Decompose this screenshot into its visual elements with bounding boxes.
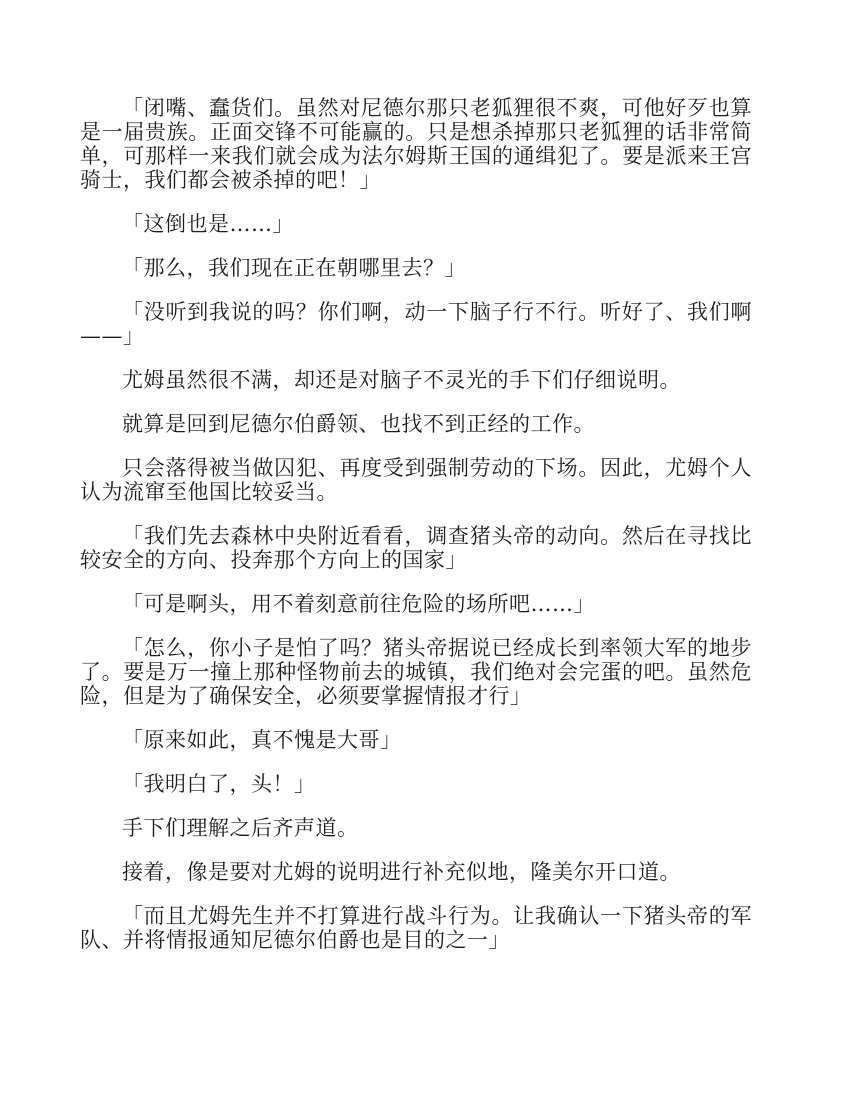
paragraph: 「原来如此，真不愧是大哥」 <box>80 728 752 752</box>
paragraph: 「没听到我说的吗？你们啊，动一下脑子行不行。听好了、我们啊——」 <box>80 300 752 348</box>
paragraph: 尤姆虽然很不满，却还是对脑子不灵光的手下们仔细说明。 <box>80 368 752 392</box>
paragraph: 只会落得被当做囚犯、再度受到强制劳动的下场。因此，尤姆个人认为流窜至他国比较妥当… <box>80 456 752 504</box>
document-page: 「闭嘴、蠢货们。虽然对尼德尔那只老狐狸很不爽，可他好歹也算是一届贵族。正面交锋不… <box>0 0 850 1100</box>
paragraph: 就算是回到尼德尔伯爵领、也找不到正经的工作。 <box>80 412 752 436</box>
paragraph: 「可是啊头，用不着刻意前往危险的场所吧……」 <box>80 592 752 616</box>
paragraph: 「而且尤姆先生并不打算进行战斗行为。让我确认一下猪头帝的军队、并将情报通知尼德尔… <box>80 904 752 952</box>
paragraph: 「怎么，你小子是怕了吗？猪头帝据说已经成长到率领大军的地步了。要是万一撞上那种怪… <box>80 636 752 708</box>
paragraph: 「那么，我们现在正在朝哪里去？」 <box>80 256 752 280</box>
paragraph: 接着，像是要对尤姆的说明进行补充似地，隆美尔开口道。 <box>80 860 752 884</box>
paragraph: 手下们理解之后齐声道。 <box>80 816 752 840</box>
novel-text-block: 「闭嘴、蠢货们。虽然对尼德尔那只老狐狸很不爽，可他好歹也算是一届贵族。正面交锋不… <box>80 96 752 972</box>
paragraph: 「闭嘴、蠢货们。虽然对尼德尔那只老狐狸很不爽，可他好歹也算是一届贵族。正面交锋不… <box>80 96 752 192</box>
paragraph: 「我明白了，头！」 <box>80 772 752 796</box>
paragraph: 「这倒也是……」 <box>80 212 752 236</box>
paragraph: 「我们先去森林中央附近看看，调查猪头帝的动向。然后在寻找比较安全的方向、投奔那个… <box>80 524 752 572</box>
